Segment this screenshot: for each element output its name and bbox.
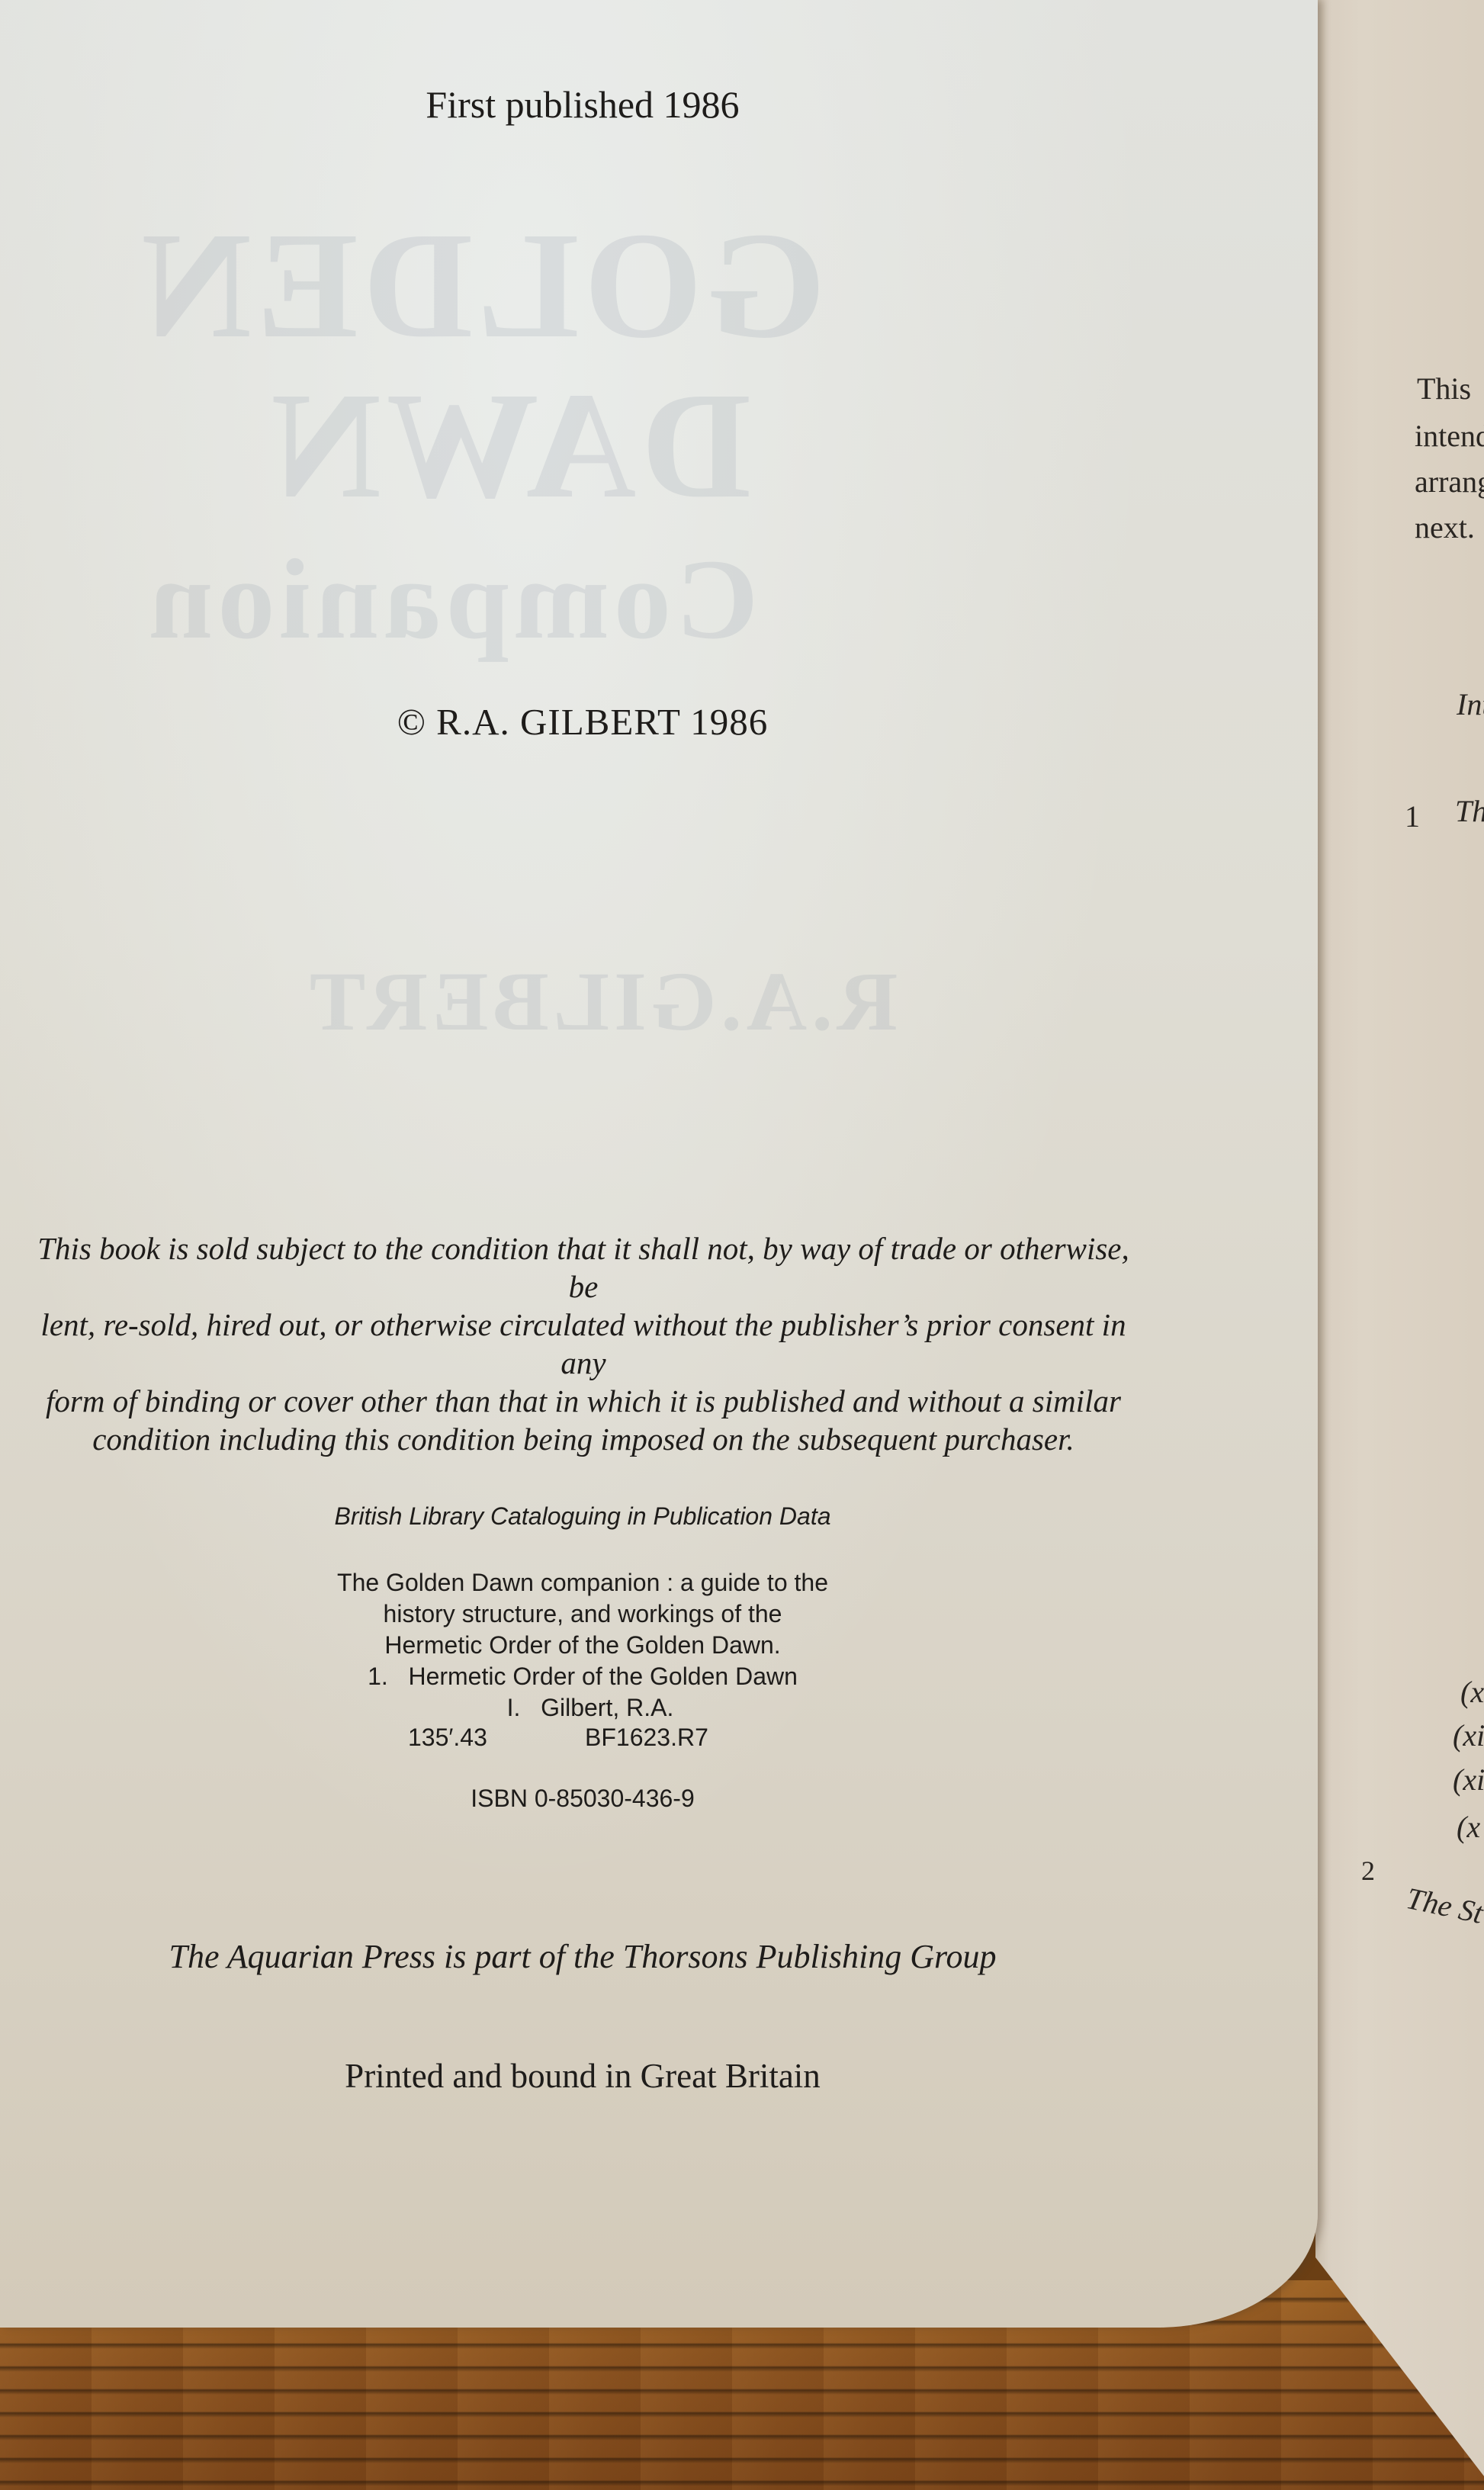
publisher-note: The Aquarian Press is part of the Thorso… xyxy=(0,1937,1165,1976)
sale-conditions-line: condition including this condition being… xyxy=(23,1420,1144,1458)
right-page-chapter-number: 1 xyxy=(1405,798,1420,834)
right-page-chapter-number: 2 xyxy=(1361,1855,1375,1887)
right-page-text-fragment: next. xyxy=(1415,509,1475,545)
cip-entry-line: The Golden Dawn companion : a guide to t… xyxy=(0,1567,1165,1598)
cip-heading: British Library Cataloguing in Publicati… xyxy=(0,1502,1165,1531)
show-through-author: R.A.GILBERT xyxy=(305,953,898,1050)
right-page-text-fragment: This xyxy=(1417,371,1471,406)
right-page-text-fragment: intend xyxy=(1415,418,1484,454)
cip-entry-line: Hermetic Order of the Golden Dawn. xyxy=(0,1630,1165,1661)
show-through-title: DAWN xyxy=(267,358,751,533)
isbn: ISBN 0-85030-436-9 xyxy=(0,1785,1165,1813)
show-through-title: GOLDEN xyxy=(137,198,826,373)
right-page-text-fragment: Int xyxy=(1457,686,1484,722)
cip-entry-line: 1. Hermetic Order of the Golden Dawn xyxy=(0,1661,1165,1692)
sale-conditions-line: This book is sold subject to the conditi… xyxy=(23,1229,1144,1306)
right-page-text-fragment: (xi xyxy=(1453,1717,1484,1753)
right-page-text-fragment: (xi xyxy=(1453,1762,1484,1798)
copyright-notice: © R.A. GILBERT 1986 xyxy=(0,700,1165,744)
right-page: This intend arrang next. Int 1 Th (x (xi… xyxy=(1315,0,1484,2490)
right-page-chapter-title: Th xyxy=(1455,793,1484,829)
lc-classification: BF1623.R7 xyxy=(585,1724,708,1752)
printed-in-line: Printed and bound in Great Britain xyxy=(0,2056,1165,2096)
left-page-copyright: GOLDEN DAWN Companion R.A.GILBERT First … xyxy=(0,0,1318,2328)
sale-conditions-line: form of binding or cover other than that… xyxy=(23,1382,1144,1420)
right-page-chapter-title: The St xyxy=(1403,1880,1484,1931)
cip-entry: The Golden Dawn companion : a guide to t… xyxy=(0,1567,1165,1724)
first-published-line: First published 1986 xyxy=(0,82,1165,127)
dewey-classification: 135′.43 xyxy=(408,1724,487,1752)
show-through-title: Companion xyxy=(145,534,758,665)
sale-conditions-line: lent, re-sold, hired out, or otherwise c… xyxy=(23,1306,1144,1382)
right-page-text-fragment: (x xyxy=(1457,1809,1480,1845)
right-page-text-fragment: (x xyxy=(1460,1674,1484,1710)
right-page-text-fragment: arrang xyxy=(1415,464,1484,500)
cip-entry-line: I. Gilbert, R.A. xyxy=(0,1692,1165,1724)
sale-conditions-paragraph: This book is sold subject to the conditi… xyxy=(23,1229,1144,1458)
cip-entry-line: history structure, and workings of the xyxy=(0,1598,1165,1630)
